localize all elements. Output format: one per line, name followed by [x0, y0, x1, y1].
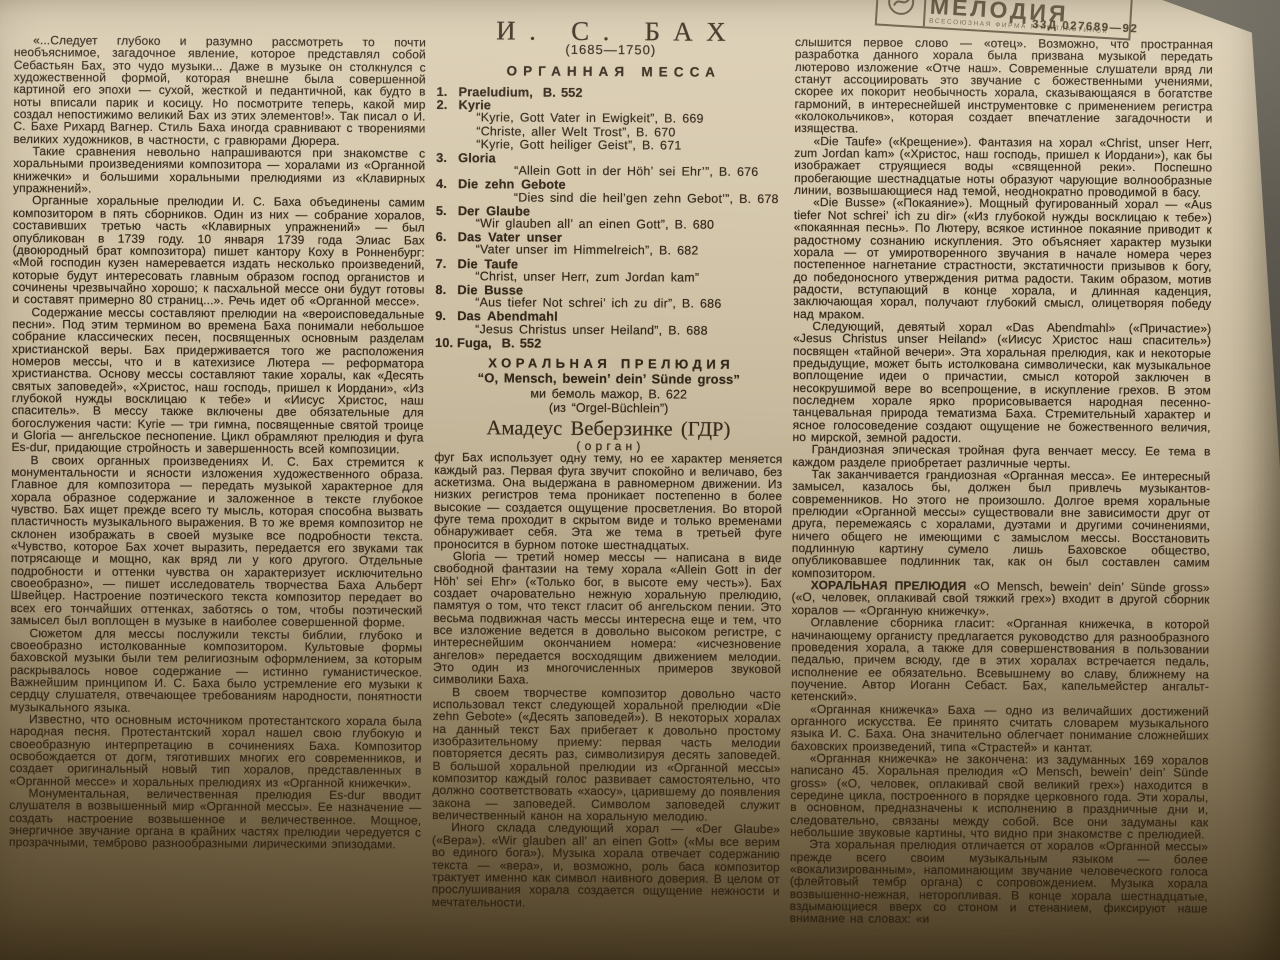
paragraph: фуг Бах использует одну тему, но ее хара… — [434, 451, 783, 552]
paragraph: Gloria — третий номер мессы — написана в… — [433, 550, 782, 688]
left-column: «...Следует глубоко и разумно рассмотрет… — [9, 34, 426, 851]
track-number: 9. — [435, 309, 457, 322]
paragraph: Эта хоральная прелюдия отличается от хор… — [790, 838, 1209, 927]
track-subtitle: “Kyrie, Gott heiliger Geist”, B. 671 — [476, 138, 784, 153]
paragraph: «Органная книжечка» Баха — одно из велич… — [791, 703, 1209, 755]
paragraph: Сюжетом для мессы послужили тексты библи… — [10, 626, 423, 715]
track-subtitle: “Vater unser im Himmelreich”, B. 682 — [476, 244, 784, 259]
paragraph: Известно, что основным источником протес… — [9, 713, 421, 790]
track-ref: B. 552 — [502, 335, 542, 350]
paragraph: Содержание мессы составляют прелюдии на … — [11, 306, 424, 457]
paragraph: «Органная книжечка» не закончена: из зад… — [790, 752, 1209, 841]
track-number: 4. — [436, 177, 458, 190]
track-number: 8. — [435, 283, 457, 296]
track-number: 3. — [436, 151, 458, 164]
chorale-prelude-source: (из “Orgel-Büchlein”) — [435, 401, 783, 415]
paragraph: ХОРАЛЬНАЯ ПРЕЛЮДИЯ «O Mensch, bewein’ de… — [791, 579, 1209, 619]
record-sleeve-photo: МЕЛОДИЯ ВСЕСОЮЗНАЯ ФИРМА ГРАМПЛАСТИНОК 3… — [0, 0, 1280, 960]
chorale-prelude-key: ми бемоль мажор, B. 622 — [435, 387, 783, 401]
paragraph: Органные хоральные прелюдии И. С. Баха о… — [12, 194, 425, 308]
paragraph: Так заканчивается грандиозная «Органная … — [792, 468, 1211, 582]
tracklist: 1.Praeludium,B. 552 2.Kyrie “Kyrie, Gott… — [435, 85, 785, 351]
center-column: И. С. БАХ (1685—1750) ОРГАННАЯ МЕССА 1.P… — [432, 24, 785, 910]
paragraph: Оглавление сборника гласит: «Органная кн… — [791, 616, 1210, 705]
track-subtitle: “Dies sind die heil’gen zehn Gebot’”, B.… — [514, 191, 784, 206]
track-number: 2. — [436, 98, 458, 111]
track-number: 10. — [435, 336, 457, 349]
chorale-prelude-title: “O, Mensch, bewein’ dein’ Sünde gross” — [435, 372, 783, 386]
paragraph: Иного склада следующий хорал — «Der Glau… — [432, 821, 781, 910]
track-number: 5. — [436, 204, 458, 217]
paragraph: Следующий, девятый хорал «Das Abendmahl»… — [793, 320, 1212, 446]
track-title: Fuga, — [457, 335, 492, 350]
track-ref: B. 552 — [543, 85, 583, 100]
track-number: 7. — [435, 257, 457, 270]
paragraph: «...Следует глубоко и разумно рассмотрет… — [13, 34, 426, 148]
paragraph: Такие сравнения невольно напрашиваются п… — [13, 145, 425, 197]
paragraph: «Die Busse» («Покаяние»). Мощный фугиров… — [793, 196, 1212, 322]
paragraph: В своих органных произведениях И. С. Бах… — [10, 454, 423, 629]
track-item: 10.Fuga,B. 552 — [435, 336, 783, 351]
paragraph: В своем творчестве композитор довольно ч… — [432, 686, 781, 824]
performer-name: Амадеус Веберзинке (ГДР) — [434, 422, 782, 436]
paragraph: слышится первое слово — «отец». Возможно… — [794, 36, 1213, 137]
paragraph: «Die Taufe» («Крещение»). Фантазия на хо… — [794, 135, 1212, 199]
right-column: слышится первое слово — «отец». Возможно… — [789, 36, 1213, 960]
melodiya-emblem-icon — [877, 0, 928, 26]
album-title: ОРГАННАЯ МЕССА — [437, 65, 785, 79]
track-title: Gloria — [458, 150, 496, 165]
composer-name: И. С. БАХ — [437, 24, 785, 38]
chorale-prelude-heading: ХОРАЛЬНАЯ ПРЕЛЮДИЯ — [435, 357, 783, 371]
paragraph: Монументальная, величественная прелюдия … — [9, 787, 421, 851]
track-number: 6. — [436, 230, 458, 243]
